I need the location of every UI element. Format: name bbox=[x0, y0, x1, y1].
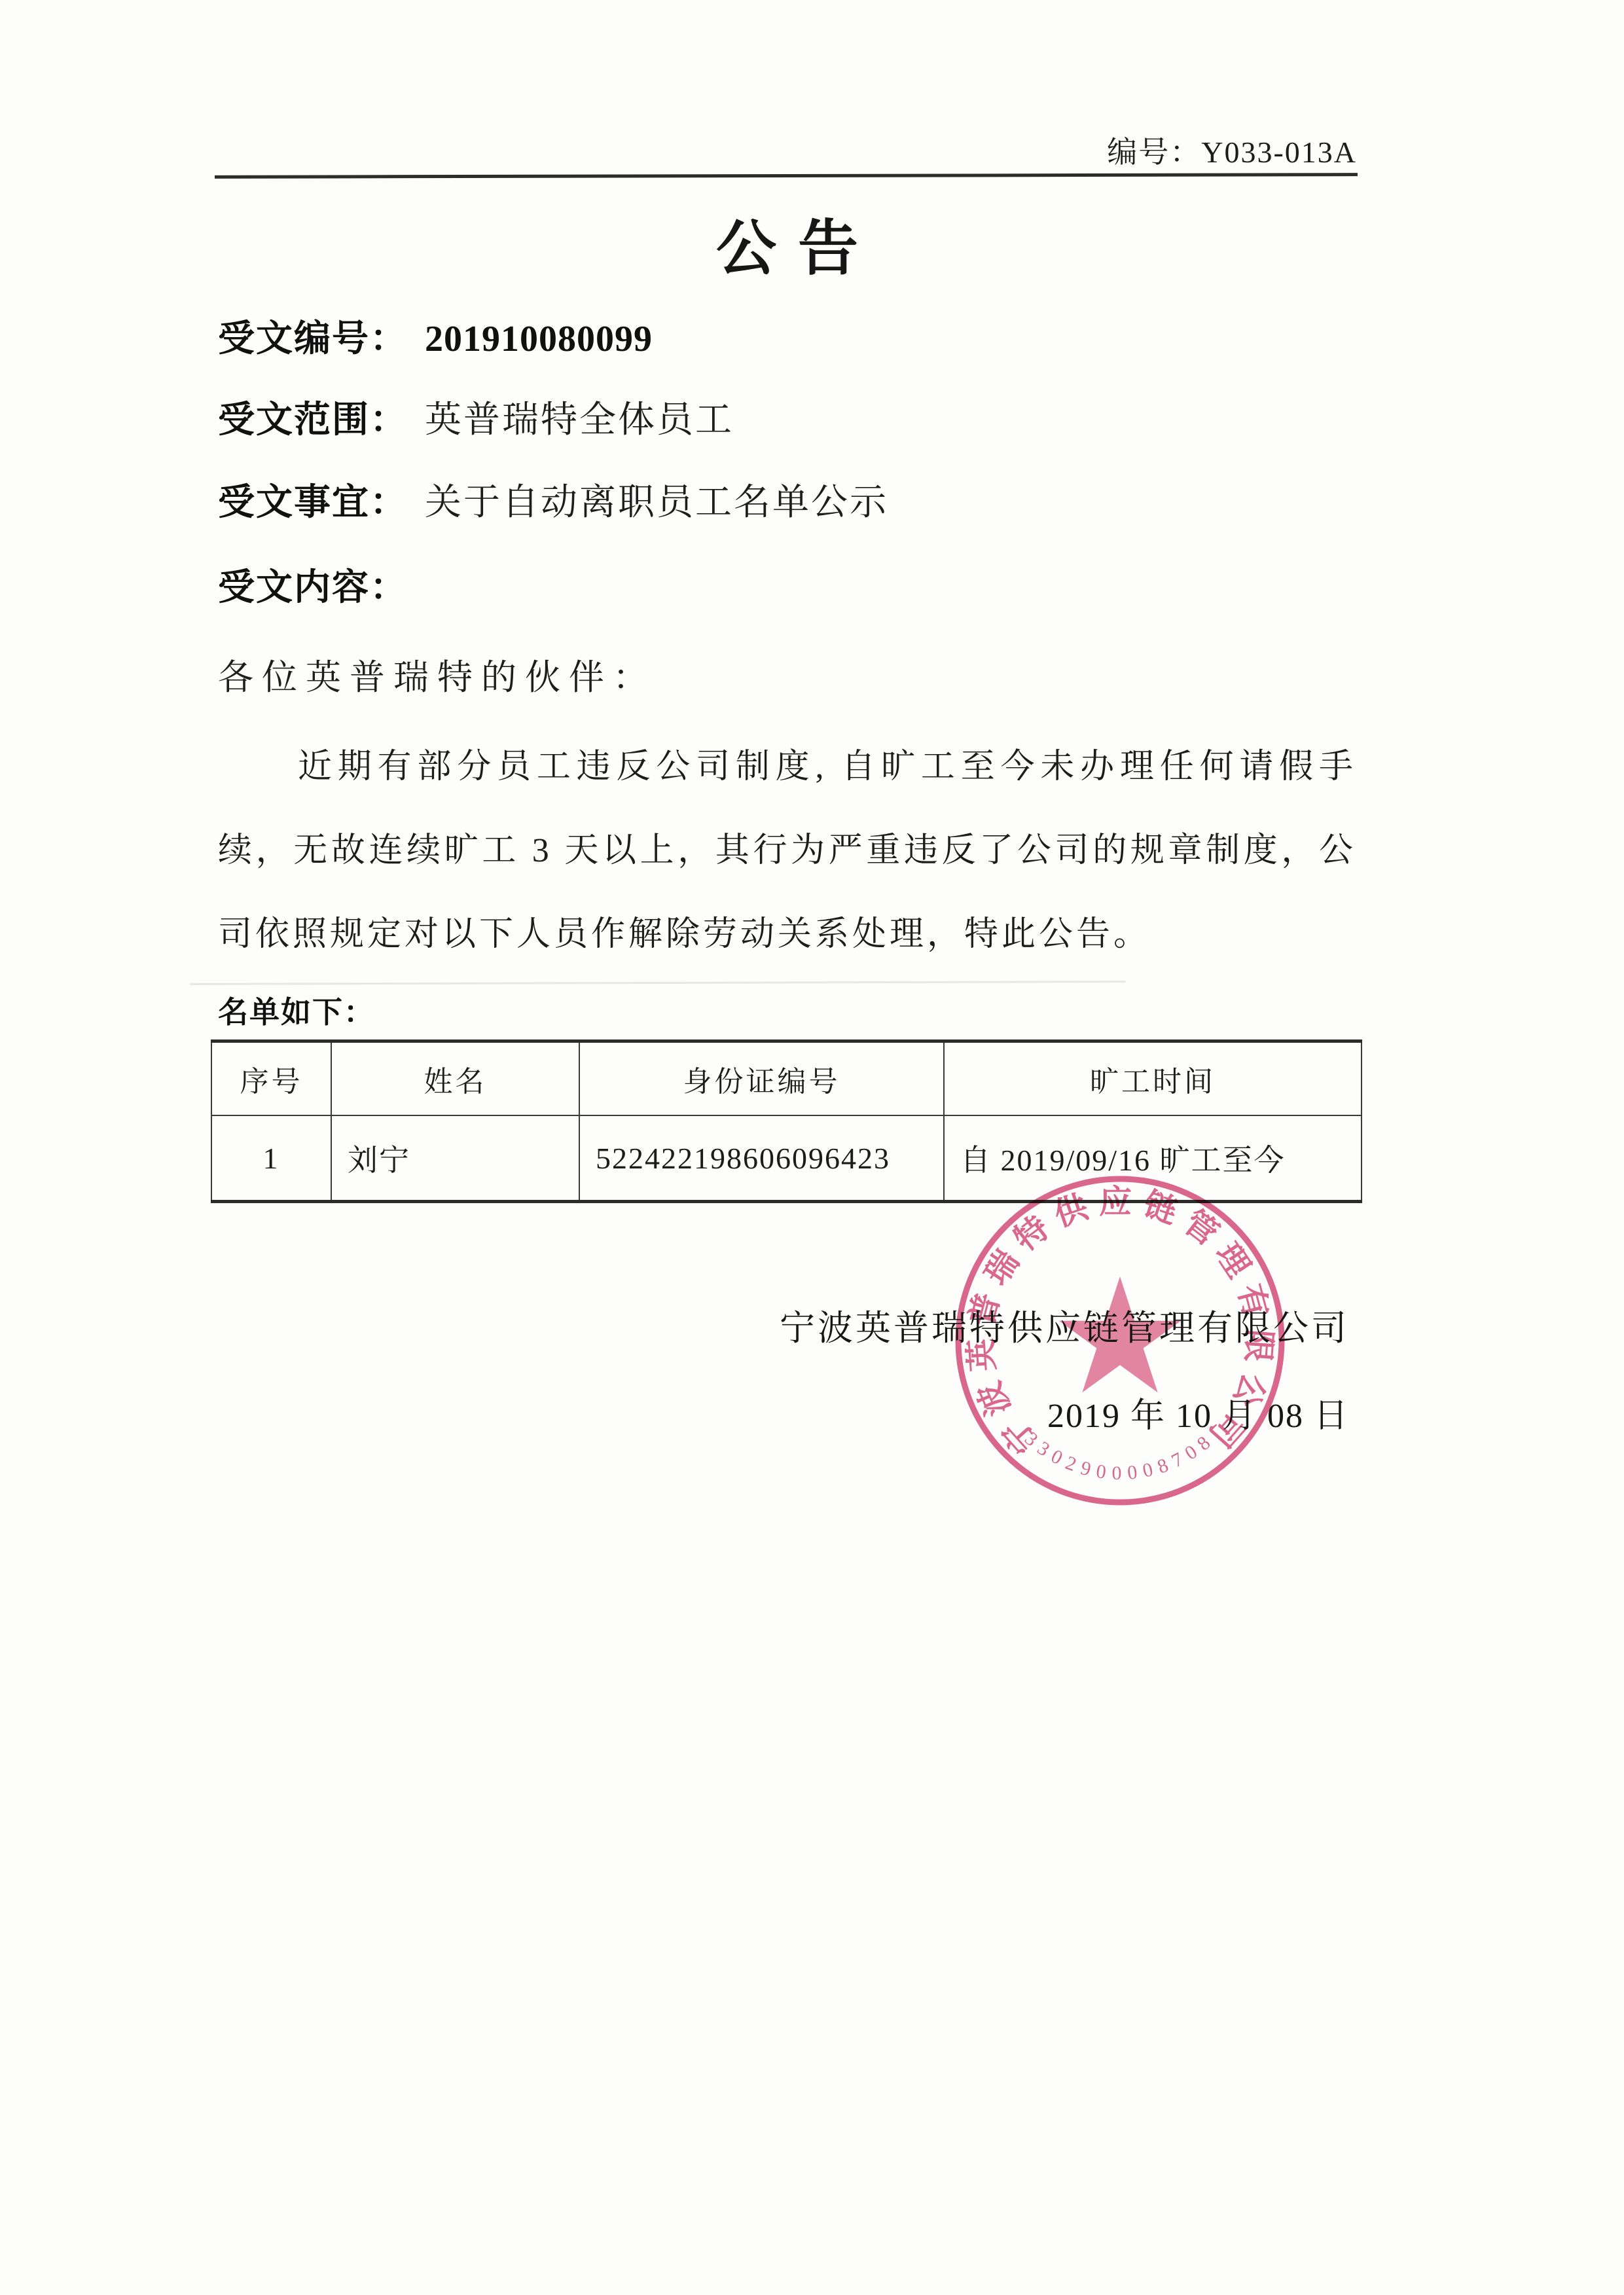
field-subject: 受文事宜：关于自动离职员工名单公示 bbox=[218, 482, 888, 524]
field-content-label: 受文内容： bbox=[218, 568, 408, 608]
field-doc-id-label: 受文编号： bbox=[218, 319, 408, 359]
field-doc-id: 受文编号：201910080099 bbox=[218, 318, 653, 360]
doc-number: 编号：Y033-013A bbox=[1107, 128, 1357, 172]
scan-artifact-line bbox=[190, 981, 1126, 985]
announcement-document: 编号：Y033-013A 公 告 受文编号：201910080099 受文范围：… bbox=[0, 0, 1624, 2295]
cell-index: 1 bbox=[211, 1115, 331, 1202]
paragraph-line: 司依照规定对以下人员作解除劳动关系处理，特此公告。 bbox=[218, 906, 1356, 955]
col-header-name: 姓名 bbox=[331, 1041, 579, 1116]
field-subject-value: 关于自动离职员工名单公示 bbox=[425, 482, 888, 523]
field-content: 受文内容： bbox=[218, 567, 425, 609]
page-title: 公 告 bbox=[218, 216, 1356, 282]
signature-date: 2019 年 10 月 08 日 bbox=[218, 1388, 1349, 1437]
cell-id-number: 522422198606096423 bbox=[579, 1115, 944, 1202]
field-scope-label: 受文范围： bbox=[218, 400, 408, 441]
table-header-row: 序号 姓名 身份证编号 旷工时间 bbox=[211, 1041, 1362, 1116]
field-scope: 受文范围：英普瑞特全体员工 bbox=[218, 399, 734, 441]
col-header-index: 序号 bbox=[211, 1041, 331, 1116]
field-subject-label: 受文事宜： bbox=[218, 482, 408, 523]
signature-company: 宁波英普瑞特供应链管理有限公司 bbox=[218, 1300, 1349, 1350]
col-header-id-number: 身份证编号 bbox=[579, 1041, 944, 1116]
list-intro: 名单如下： bbox=[218, 988, 375, 1032]
field-doc-id-value: 201910080099 bbox=[425, 319, 653, 359]
paragraph-line: 续，无故连续旷工 3 天以上，其行为严重违反了公司的规章制度，公 bbox=[218, 822, 1356, 871]
cell-name: 刘宁 bbox=[331, 1115, 579, 1202]
field-scope-value: 英普瑞特全体员工 bbox=[425, 400, 734, 441]
col-header-absence-period: 旷工时间 bbox=[944, 1041, 1362, 1116]
paragraph-line: 近期有部分员工违反公司制度, 自旷工至今未办理任何请假手 bbox=[218, 738, 1356, 787]
salutation: 各位英普瑞特的伙伴： bbox=[218, 649, 657, 700]
header-divider bbox=[215, 173, 1358, 179]
